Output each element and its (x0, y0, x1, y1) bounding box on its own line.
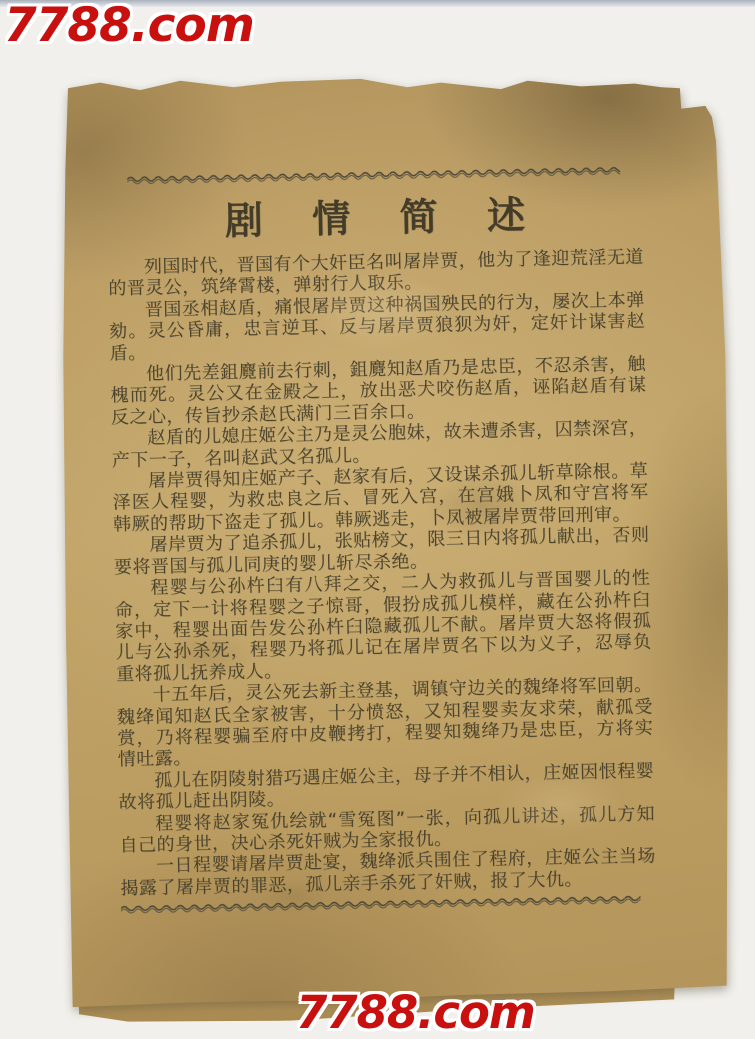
plot-paragraph: 一日程婴请屠岸贾赴宴，魏绛派兵围住了程府，庄姬公主当场揭露了屠岸贾的罪恶，孤儿亲… (120, 846, 657, 900)
plot-paragraph: 十五年后，灵公死去新主登基，调镇守边关的魏绛将军回朝。魏绛闻知赵氏全家被害，十分… (116, 675, 654, 771)
plot-paragraph: 晋国丞相赵盾，痛恨屠岸贾这种祸国殃民的行为，屡次上本弹劾。灵公昏庸，忠言逆耳、反… (109, 289, 646, 364)
document-sheet: 剧情简述 列国时代，晋国有个大奸臣名叫屠岸贾，他为了逢迎荒淫无道的晋灵公，筑绛霄… (60, 78, 728, 1008)
plot-paragraph: 他们先差鉏麑前去行刺，鉏麑知赵盾乃是忠臣，不忍杀害，触槐而死。灵公又在金殿之上，… (110, 354, 647, 429)
watermark-7788-bottom: 7788.com (296, 986, 535, 1039)
watermark-7788-top: 7788.com (4, 0, 254, 53)
scan-left-edge (0, 7, 6, 1039)
plot-paragraph: 程婴与公孙杵臼有八拜之交，二人为救孤儿与晋国婴儿的性命，定下一计将程婴之子惊哥，… (114, 568, 652, 686)
plot-summary-body: 列国时代，晋国有个大奸臣名叫屠岸贾，他为了逢迎荒淫无道的晋灵公，筑绛霄楼，弹射行… (108, 247, 657, 900)
document-sheet-wrap: 剧情简述 列国时代，晋国有个大奸臣名叫屠岸贾，他为了逢迎荒淫无道的晋灵公，筑绛霄… (60, 78, 728, 1008)
document-content: 剧情简述 列国时代，晋国有个大奸臣名叫屠岸贾，他为了逢迎荒淫无道的晋灵公，筑绛霄… (106, 165, 657, 916)
plot-paragraph: 屠岸贾得知庄姬产子、赵家有后，又设谋杀孤儿斩草除根。草泽医人程婴，为救忠良之后、… (112, 461, 649, 536)
page-title: 剧情简述 (106, 182, 643, 248)
